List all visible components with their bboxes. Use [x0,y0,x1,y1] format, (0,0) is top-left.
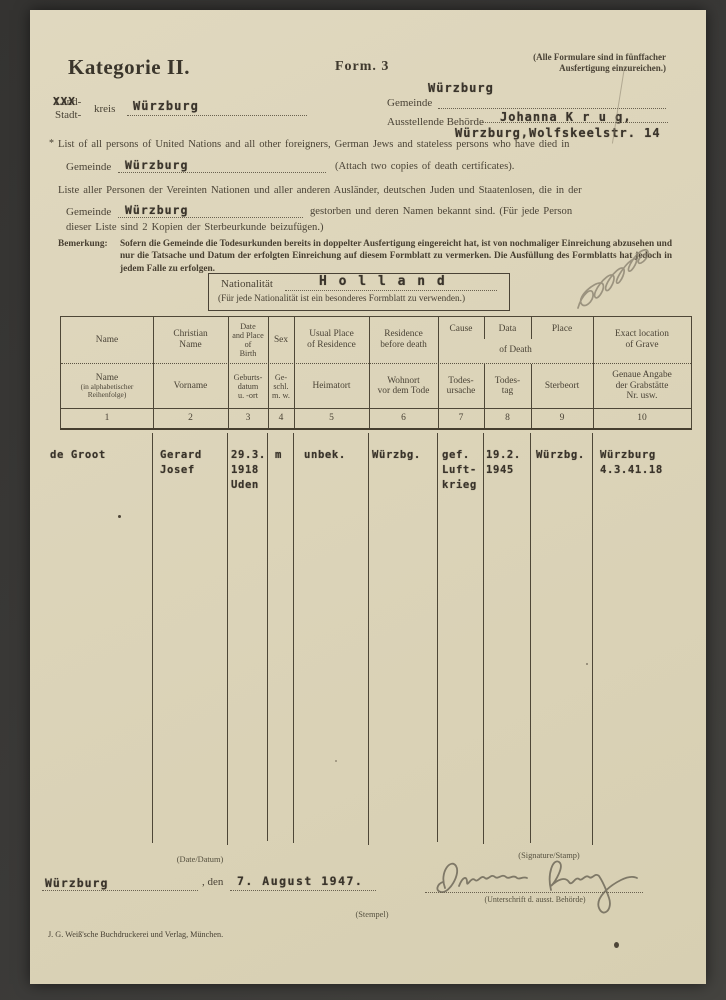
body-col-line [530,433,531,843]
intro-en-line [118,154,326,173]
nationality-box: Nationalität H o l l a n d (Für jede Nat… [208,273,510,311]
intro-en-line1: List of all persons of United Nations an… [58,139,674,150]
body-col-line [592,433,593,845]
paper-speck [614,942,619,948]
stadt-label: Stadt- [55,109,81,121]
header-num-3: 3 [228,409,268,427]
copies-note-line2: Ausfertigung einzureichen.) [450,63,666,74]
header-num-8: 8 [484,409,531,427]
land-strikeout: XXX [53,95,76,108]
body-col-line [293,433,294,843]
signature-sub-label: (Unterschrift d. ausst. Behörde) [445,895,625,904]
header-en-of-death: of Death [438,339,593,361]
row-death-place: Würzbg. [536,448,585,463]
pencil-scribble [568,240,668,320]
header-num-10: 10 [593,409,691,427]
footnote-asterisk: * [49,138,54,149]
form-page: Kategorie II. Form. 3 (Alle Formulare si… [30,10,706,984]
body-col-line [152,433,153,843]
header-de-name: Name (in alphabetischer Reihenfolge) [61,365,153,407]
row-birth: 29.3. 1918 Uden [231,448,266,493]
printer-imprint: J. G. Weiß'sche Buchdruckerei und Verlag… [48,930,223,939]
body-col-line [267,433,268,841]
category-label: Kategorie II. [68,55,190,80]
form-number: Form. 3 [335,59,389,75]
copies-note-line1: (Alle Formulare sind in fünffacher [450,52,666,63]
intro-de-line3: dieser Liste sind 2 Kopien der Sterbeurk… [66,222,324,233]
body-col-line [437,433,438,842]
header-en-cause: Cause [438,317,484,341]
row-cause: gef. Luft- krieg [442,448,477,493]
nationality-line [285,275,497,291]
row-sex: m [275,448,282,463]
header-en-sex: Sex [268,317,294,363]
header-num-9: 9 [531,409,593,427]
body-col-line [483,433,484,844]
header-num-4: 4 [268,409,294,427]
header-de-grabstaette: Genaue Angabe der Grabstätte Nr. usw. [593,365,691,407]
paper-speck [586,663,588,665]
header-de-geschlecht: Ge- schl. m. w. [268,365,294,407]
header-en-christian-name: Christian Name [153,317,228,363]
nationality-label: Nationalität [221,278,273,290]
intro-de-gemeinde-label: Gemeinde [66,206,111,218]
kreis-field: Land- XXX Stadt- [55,96,81,122]
nationality-note: (Für jede Nationalität ist ein besondere… [218,294,465,304]
scan-background: Kategorie II. Form. 3 (Alle Formulare si… [0,0,726,1000]
table-body: de Groot Gerard Josef 29.3. 1918 Uden m … [30,433,706,845]
kreis-suffix: kreis [94,103,115,115]
header-de-heimatort: Heimatort [294,365,369,407]
header-num-2: 2 [153,409,228,427]
header-en-usual-residence: Usual Place of Residence [294,317,369,363]
kreis-line [127,96,307,116]
header-de-sterbeort: Sterbeort [531,365,593,407]
row-death-date: 19.2. 1945 [486,448,521,478]
header-de-geburtsdatum: Geburts- datum u. -ort [228,365,268,407]
behoerde-value-2: Würzburg,Wolfskeelstr. 14 [455,126,661,140]
table-header: Name Christian Name Date and Place of Bi… [60,316,692,430]
signature-line [425,874,643,893]
header-num-1: 1 [61,409,153,427]
body-col-line [227,433,228,845]
header-en-data: Data [484,317,531,341]
header-de-todestag: Todes- tag [484,365,531,407]
den-label: , den [202,876,223,888]
intro-de-line2-rest: gestorben und deren Namen bekannt sind. … [310,206,572,217]
row-residence: unbek. [304,448,346,463]
header-en-grave: Exact location of Grave [593,317,691,363]
header-num-5: 5 [294,409,369,427]
header-en-place: Place [531,317,593,341]
body-col-line [368,433,369,845]
gemeinde-label: Gemeinde [387,97,432,109]
header-divider-dotted [61,363,691,364]
footer-date-line [230,872,376,891]
header-de-vorname: Vorname [153,365,228,407]
header-num-7: 7 [438,409,484,427]
intro-en-gemeinde-label: Gemeinde [66,161,111,173]
row-residence-before-death: Würzbg. [372,448,421,463]
intro-en-attach: (Attach two copies of death certificates… [335,161,514,172]
row-grave: Würzburg 4.3.41.18 [600,448,663,478]
stamp-label: (Stempel) [342,910,402,919]
header-en-name: Name [61,317,153,363]
header-num-6: 6 [369,409,438,427]
intro-de-line1: Liste aller Personen der Vereinten Natio… [58,185,674,196]
header-de-name-sub: (in alphabetischer Reihenfolge) [81,383,134,399]
behoerde-line [482,103,668,123]
intro-de-line [118,199,303,218]
bemerkung-label: Bemerkung: [58,238,108,250]
header-en-birth: Date and Place of Birth [228,317,268,363]
header-de-wohnort: Wohnort vor dem Tode [369,365,438,407]
header-en-residence-before-death: Residence before death [369,317,438,363]
row-name: de Groot [50,448,106,463]
copies-note: (Alle Formulare sind in fünffacher Ausfe… [450,52,666,73]
row-christian-name: Gerard Josef [160,448,202,478]
header-de-todesursache: Todes- ursache [438,365,484,407]
date-label: (Date/Datum) [150,855,250,864]
paper-speck [118,515,121,518]
footer-place-line [42,872,198,891]
paper-speck [335,760,337,762]
land-option: Land- XXX [55,96,81,108]
